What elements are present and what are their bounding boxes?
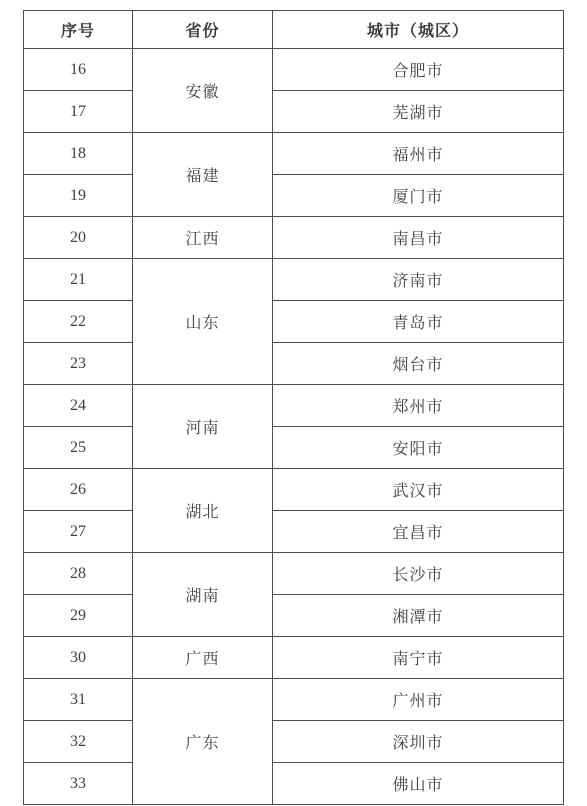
serial-number-cell: 17 — [24, 91, 133, 133]
province-city-table: 序号 省份 城市（城区） 16 安徽 合肥市 17 芜湖市 18 福建 福州市 … — [23, 10, 564, 805]
province-cell: 广西 — [133, 637, 273, 679]
table-row: 25 安阳市 — [24, 427, 564, 469]
serial-number-cell: 25 — [24, 427, 133, 469]
serial-number-cell: 19 — [24, 175, 133, 217]
serial-number-cell: 33 — [24, 763, 133, 805]
city-cell: 安阳市 — [273, 427, 564, 469]
header-city: 城市（城区） — [273, 11, 564, 49]
city-cell: 烟台市 — [273, 343, 564, 385]
table-row: 23 烟台市 — [24, 343, 564, 385]
city-cell: 福州市 — [273, 133, 564, 175]
table-row: 33 佛山市 — [24, 763, 564, 805]
table-row: 27 宜昌市 — [24, 511, 564, 553]
serial-number-cell: 18 — [24, 133, 133, 175]
city-cell: 南昌市 — [273, 217, 564, 259]
table-row: 31 广东 广州市 — [24, 679, 564, 721]
city-cell: 合肥市 — [273, 49, 564, 91]
province-cell: 福建 — [133, 133, 273, 217]
province-cell: 山东 — [133, 259, 273, 385]
serial-number-cell: 20 — [24, 217, 133, 259]
serial-number-cell: 27 — [24, 511, 133, 553]
province-cell: 安徽 — [133, 49, 273, 133]
serial-number-cell: 23 — [24, 343, 133, 385]
table-row: 22 青岛市 — [24, 301, 564, 343]
table-row: 19 厦门市 — [24, 175, 564, 217]
table-row: 16 安徽 合肥市 — [24, 49, 564, 91]
table-row: 26 湖北 武汉市 — [24, 469, 564, 511]
table-row: 24 河南 郑州市 — [24, 385, 564, 427]
city-cell: 青岛市 — [273, 301, 564, 343]
serial-number-cell: 21 — [24, 259, 133, 301]
table-row: 21 山东 济南市 — [24, 259, 564, 301]
serial-number-cell: 28 — [24, 553, 133, 595]
city-cell: 长沙市 — [273, 553, 564, 595]
serial-number-cell: 32 — [24, 721, 133, 763]
table-row: 20 江西 南昌市 — [24, 217, 564, 259]
table-row: 29 湘潭市 — [24, 595, 564, 637]
table-row: 17 芜湖市 — [24, 91, 564, 133]
city-cell: 广州市 — [273, 679, 564, 721]
province-cell: 河南 — [133, 385, 273, 469]
serial-number-cell: 26 — [24, 469, 133, 511]
city-cell: 武汉市 — [273, 469, 564, 511]
header-province: 省份 — [133, 11, 273, 49]
serial-number-cell: 29 — [24, 595, 133, 637]
city-cell: 南宁市 — [273, 637, 564, 679]
province-cell: 江西 — [133, 217, 273, 259]
city-cell: 厦门市 — [273, 175, 564, 217]
city-cell: 宜昌市 — [273, 511, 564, 553]
table-row: 18 福建 福州市 — [24, 133, 564, 175]
city-cell: 郑州市 — [273, 385, 564, 427]
province-cell: 湖北 — [133, 469, 273, 553]
table-row: 32 深圳市 — [24, 721, 564, 763]
serial-number-cell: 16 — [24, 49, 133, 91]
serial-number-cell: 24 — [24, 385, 133, 427]
serial-number-cell: 22 — [24, 301, 133, 343]
city-cell: 芜湖市 — [273, 91, 564, 133]
table-row: 28 湖南 长沙市 — [24, 553, 564, 595]
province-cell: 湖南 — [133, 553, 273, 637]
serial-number-cell: 31 — [24, 679, 133, 721]
city-cell: 深圳市 — [273, 721, 564, 763]
city-cell: 湘潭市 — [273, 595, 564, 637]
city-cell: 佛山市 — [273, 763, 564, 805]
header-serial-number: 序号 — [24, 11, 133, 49]
province-cell: 广东 — [133, 679, 273, 805]
serial-number-cell: 30 — [24, 637, 133, 679]
header-row: 序号 省份 城市（城区） — [24, 11, 564, 49]
table-row: 30 广西 南宁市 — [24, 637, 564, 679]
city-cell: 济南市 — [273, 259, 564, 301]
